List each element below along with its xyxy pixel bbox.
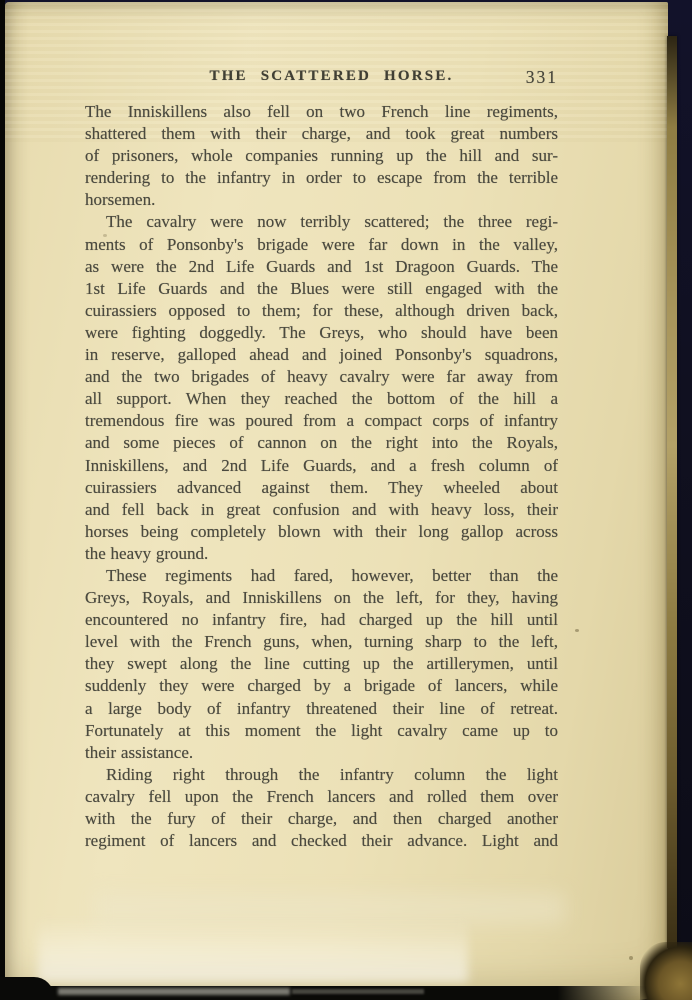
running-head: THE SCATTERED HORSE. 331 [85, 68, 558, 90]
text-line: were fighting doggedly. The Greys, who s… [85, 322, 558, 344]
book-page: THE SCATTERED HORSE. 331 The Inniskillen… [5, 2, 668, 1000]
text-line: horsemen. [85, 189, 558, 211]
scanned-book-photo: THE SCATTERED HORSE. 331 The Inniskillen… [0, 0, 692, 1000]
text-line: 1st Life Guards and the Blues were still… [85, 278, 558, 300]
page-title: THE SCATTERED HORSE. [95, 68, 568, 85]
text-line: their assistance. [85, 742, 558, 764]
text-line: and the two brigades of heavy cavalry we… [85, 366, 558, 388]
text-line: Riding right through the infantry column… [85, 764, 558, 786]
text-line: in reserve, galloped ahead and joined Po… [85, 344, 558, 366]
text-line: ments of Ponsonby's brigade were far dow… [85, 234, 558, 256]
text-line: Fortunately at this moment the light cav… [85, 720, 558, 742]
text-line: cuirassiers opposed to them; for these, … [85, 300, 558, 322]
text-line: tremendous fire was poured from a compac… [85, 410, 558, 432]
scan-streak-artifact [58, 988, 290, 995]
text-line: encountered no infantry fire, had charge… [85, 609, 558, 631]
scan-streak-artifact [292, 989, 424, 994]
text-line: The Inniskillens also fell on two French… [85, 101, 558, 123]
text-line: a large body of infantry threatened thei… [85, 698, 558, 720]
scan-blur-artifact [38, 918, 468, 982]
text-line: These regiments had fared, however, bett… [85, 565, 558, 587]
paper-speck [575, 629, 579, 632]
paper-speck [103, 234, 107, 237]
text-line: as were the 2nd Life Guards and 1st Drag… [85, 256, 558, 278]
page-body: The Inniskillens also fell on two French… [85, 101, 558, 852]
text-line: and fell back in great confusion and wit… [85, 499, 558, 521]
text-line: regiment of lancers and checked their ad… [85, 830, 558, 852]
corner-shadow-wedge [0, 977, 54, 1000]
text-line: suddenly they were charged by a brigade … [85, 675, 558, 697]
text-line: cuirassiers advanced against them. They … [85, 477, 558, 499]
text-line: all support. When they reached the botto… [85, 388, 558, 410]
text-line: The cavalry were now terribly scattered;… [85, 211, 558, 233]
text-line: horses being completely blown with their… [85, 521, 558, 543]
page-edge-gilding [667, 36, 677, 948]
text-line: of prisoners, whole companies running up… [85, 145, 558, 167]
book-gutter-shadow [0, 0, 5, 1000]
text-line: the heavy ground. [85, 543, 558, 565]
text-line: and some pieces of cannon on the right i… [85, 432, 558, 454]
text-line: they swept along the line cutting up the… [85, 653, 558, 675]
text-line: rendering to the infantry in order to es… [85, 167, 558, 189]
paper-speck [629, 956, 633, 960]
text-line: shattered them with their charge, and to… [85, 123, 558, 145]
text-line: level with the French guns, when, turnin… [85, 631, 558, 653]
text-line: with the fury of their charge, and then … [85, 808, 558, 830]
page-number: 331 [526, 67, 558, 88]
text-line: cavalry fell upon the French lancers and… [85, 786, 558, 808]
text-line: Inniskillens, and 2nd Life Guards, and a… [85, 455, 558, 477]
text-line: Greys, Royals, and Inniskillens on the l… [85, 587, 558, 609]
